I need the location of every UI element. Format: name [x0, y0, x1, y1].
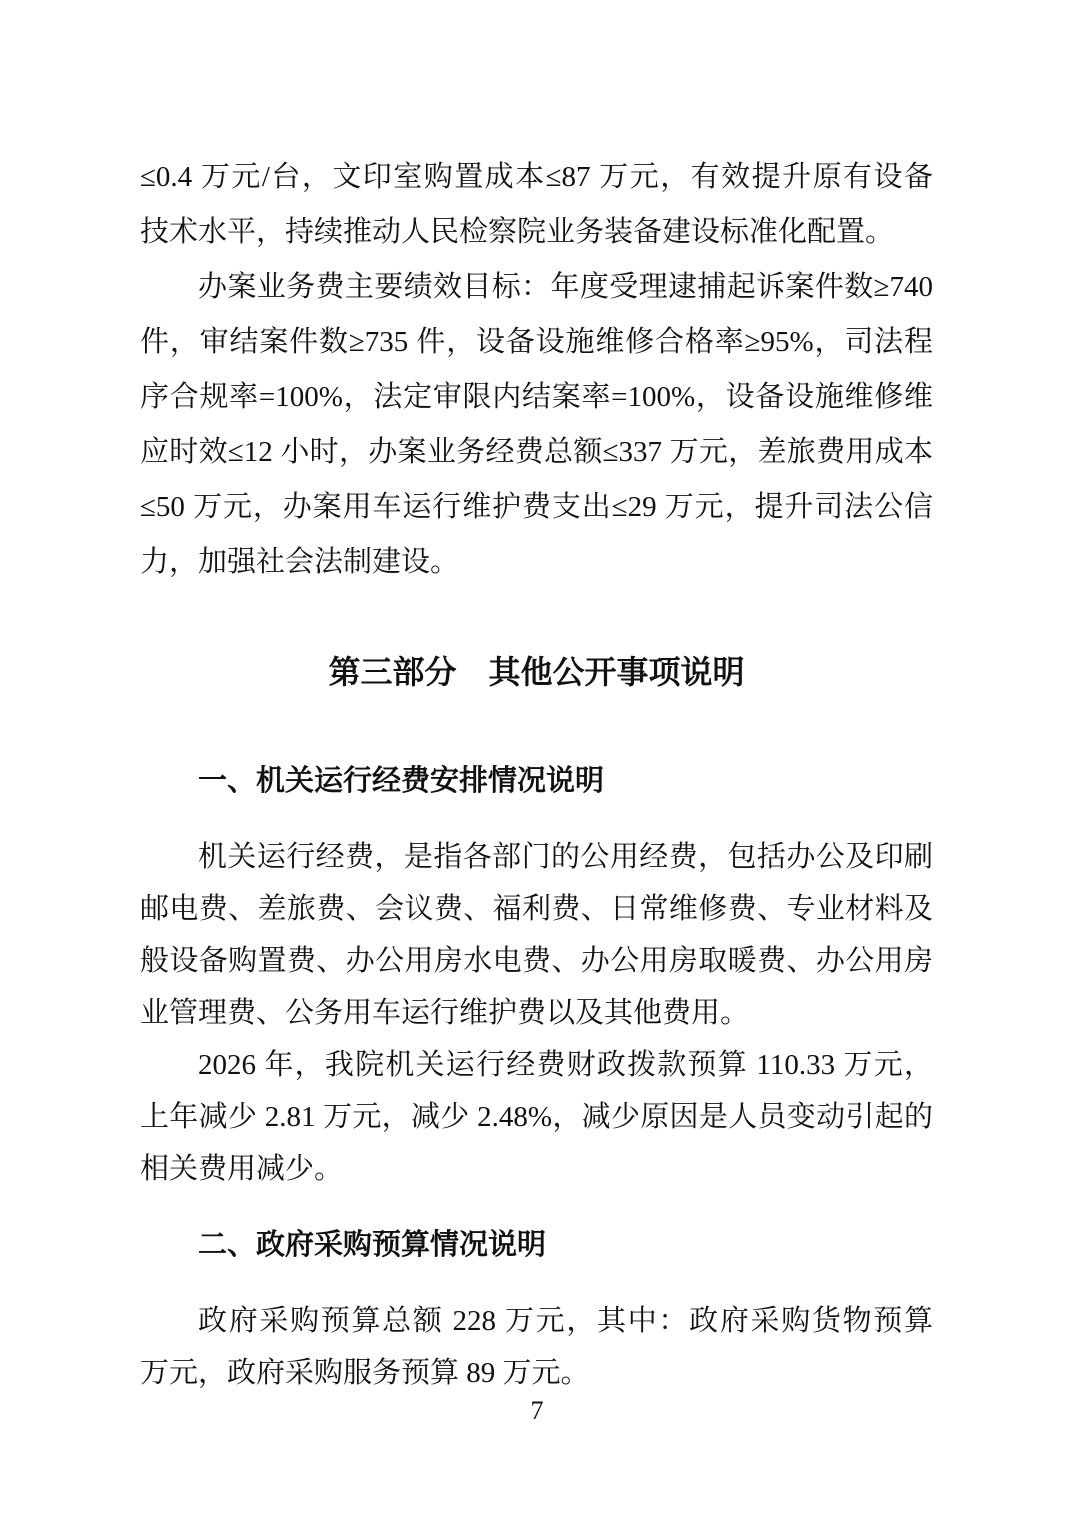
part3-heading: 第三部分 其他公开事项说明 — [140, 645, 933, 700]
page-number: 7 — [0, 1396, 1074, 1426]
body-line: 万元，政府采购服务预算 89 万元。 — [140, 1347, 933, 1399]
body-line: 件，审结案件数≥735 件，设备设施维修合格率≥95%，司法程 — [140, 315, 933, 370]
body-line: 技术水平，持续推动人民检察院业务装备建设标准化配置。 — [140, 205, 933, 260]
document-content: ≤0.4 万元/台，文印室购置成本≤87 万元，有效提升原有设备 技术水平，持续… — [140, 150, 933, 1399]
body-line: 力，加强社会法制建设。 — [140, 535, 933, 590]
body-line: 机关运行经费，是指各部门的公用经费，包括办公及印刷费、 — [140, 831, 933, 883]
body-line: 办案业务费主要绩效目标：年度受理逮捕起诉案件数≥740 — [140, 260, 933, 315]
body-line: ≤0.4 万元/台，文印室购置成本≤87 万元，有效提升原有设备 — [140, 150, 933, 205]
paragraph-operating-budget: 2026 年，我院机关运行经费财政拨款预算 110.33 万元，比 上年减少 2… — [140, 1039, 933, 1195]
body-line: 序合规率=100%，法定审限内结案率=100%，设备设施维修维护响 — [140, 370, 933, 425]
body-line: ≤50 万元，办案用车运行维护费支出≤29 万元，提升司法公信 — [140, 480, 933, 535]
paragraph-equipment-goals: ≤0.4 万元/台，文印室购置成本≤87 万元，有效提升原有设备 技术水平，持续… — [140, 150, 933, 260]
body-line: 相关费用减少。 — [140, 1143, 933, 1195]
paragraph-performance-goals: 办案业务费主要绩效目标：年度受理逮捕起诉案件数≥740 件，审结案件数≥735 … — [140, 260, 933, 590]
body-line: 政府采购预算总额 228 万元，其中：政府采购货物预算 139 — [140, 1295, 933, 1347]
paragraph-operating-definition: 机关运行经费，是指各部门的公用经费，包括办公及印刷费、 邮电费、差旅费、会议费、… — [140, 831, 933, 1039]
body-line: 2026 年，我院机关运行经费财政拨款预算 110.33 万元，比 — [140, 1039, 933, 1091]
body-line: 邮电费、差旅费、会议费、福利费、日常维修费、专业材料及一 — [140, 883, 933, 935]
section1-heading: 一、机关运行经费安排情况说明 — [140, 755, 933, 807]
body-line: 应时效≤12 小时，办案业务经费总额≤337 万元，差旅费用成本 — [140, 425, 933, 480]
document-page: ≤0.4 万元/台，文印室购置成本≤87 万元，有效提升原有设备 技术水平，持续… — [0, 0, 1074, 1520]
body-line: 般设备购置费、办公用房水电费、办公用房取暖费、办公用房物 — [140, 935, 933, 987]
section2-heading: 二、政府采购预算情况说明 — [140, 1219, 933, 1271]
part3-body: 一、机关运行经费安排情况说明 机关运行经费，是指各部门的公用经费，包括办公及印刷… — [140, 755, 933, 1399]
paragraph-procurement-budget: 政府采购预算总额 228 万元，其中：政府采购货物预算 139 万元，政府采购服… — [140, 1295, 933, 1399]
body-line: 上年减少 2.81 万元，减少 2.48%，减少原因是人员变动引起的 — [140, 1091, 933, 1143]
body-line: 业管理费、公务用车运行维护费以及其他费用。 — [140, 987, 933, 1039]
